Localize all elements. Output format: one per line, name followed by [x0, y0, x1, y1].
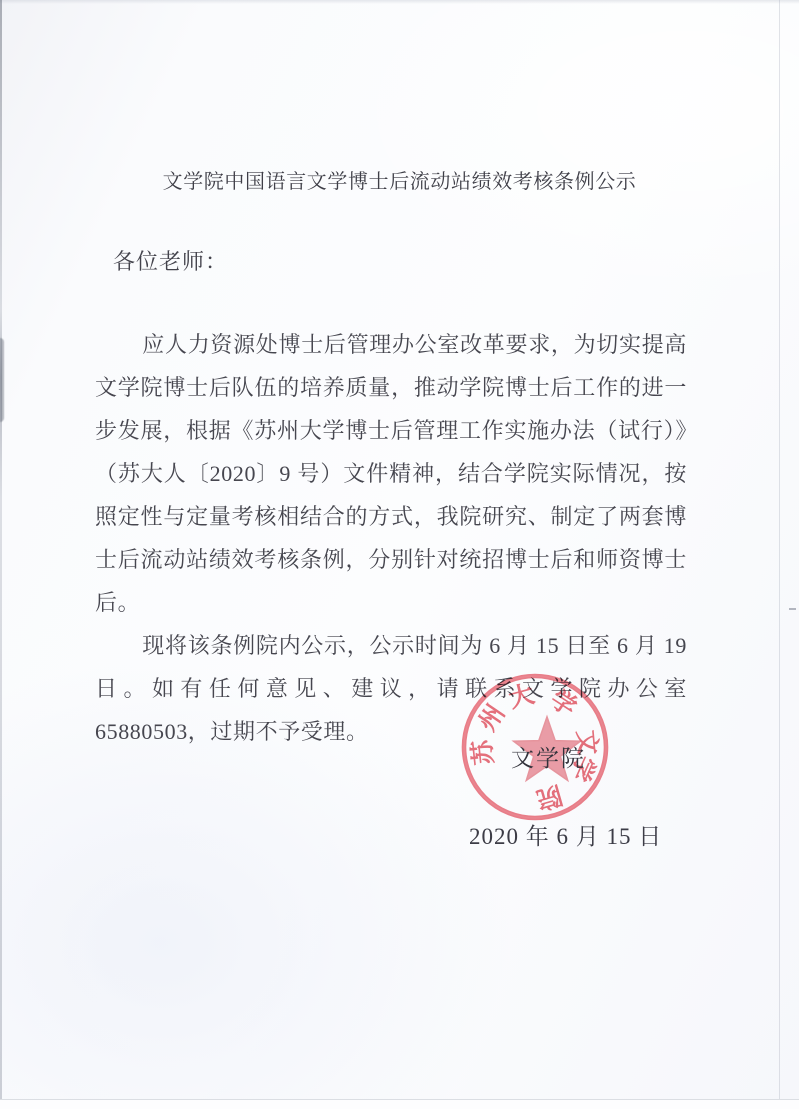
scanned-page: 文学院中国语言文学博士后流动站绩效考核条例公示 各位老师： 应人力资源处博士后管…: [0, 0, 799, 1109]
salutation: 各位老师：: [113, 245, 228, 276]
seal-char: 苏: [467, 738, 499, 767]
scan-smudge: [0, 338, 4, 422]
scan-edge-top: [0, 0, 799, 4]
signature-name: 文学院: [511, 740, 586, 773]
seal-char: 大: [506, 680, 537, 714]
page-title: 文学院中国语言文学博士后流动站绩效考核条例公示: [0, 165, 799, 194]
scan-edge-bottom: [0, 1099, 799, 1109]
scan-artifact-tick: [789, 608, 796, 610]
body-paragraph: 应人力资源处博士后管理办公室改革要求，为切实提高文学院博士后队伍的培养质量，推动…: [95, 323, 687, 624]
seal-char: 院: [533, 780, 565, 814]
